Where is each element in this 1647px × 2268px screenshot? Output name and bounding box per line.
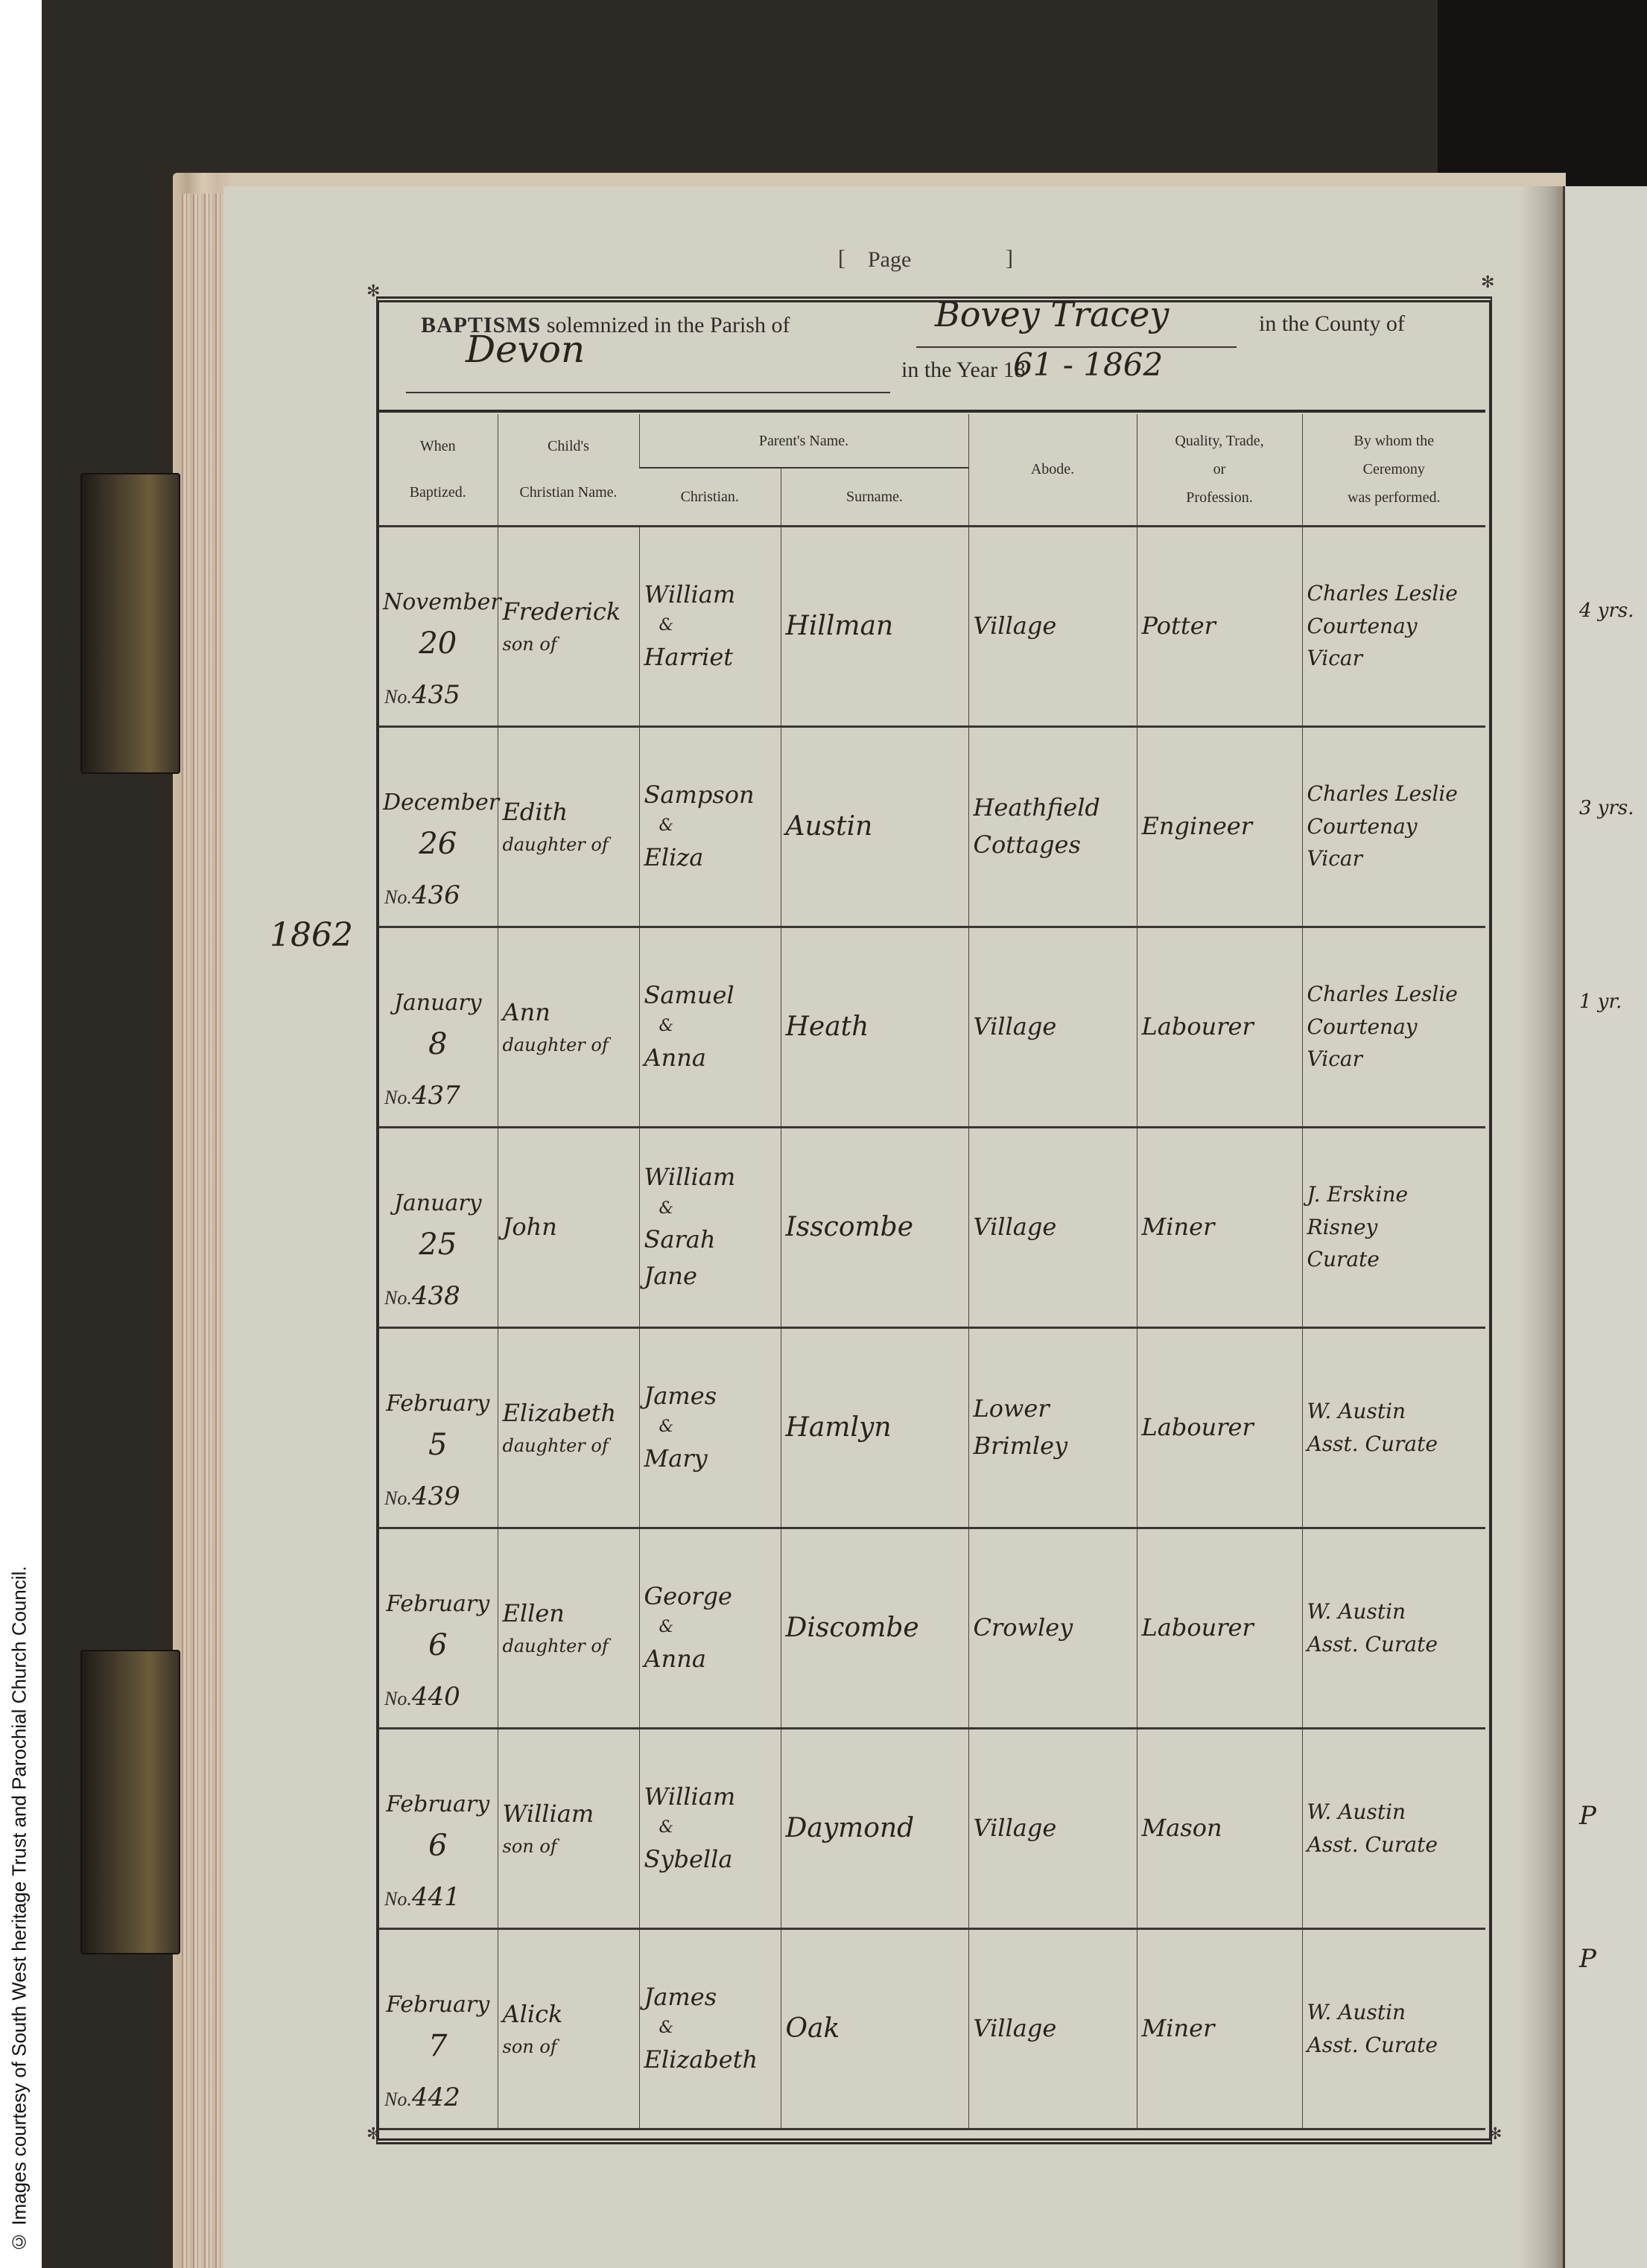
entry-no-label: No.: [384, 1888, 412, 1910]
right-page-note: 4 yrs.: [1579, 600, 1634, 622]
cell-trade: Miner: [1137, 1127, 1302, 1327]
mother-name: Elizabeth: [644, 2042, 776, 2079]
child-name: John: [503, 1209, 635, 1246]
cell-officiant: W. AustinAsst. Curate: [1302, 1728, 1485, 1928]
entry-no-label: No.: [384, 1287, 412, 1309]
binding-clasp-top: [80, 473, 180, 774]
entry-number: No.439: [384, 1477, 460, 1516]
parents-and: &: [644, 613, 776, 638]
cell-officiant: J. ErskineRisneyCurate: [1302, 1127, 1485, 1327]
mother-name: Sarah Jane: [644, 1222, 776, 1295]
cell-surname: Daymond: [781, 1728, 968, 1928]
cell-parents-christian: Samuel&Anna: [639, 927, 781, 1127]
col-when: When: [379, 432, 497, 460]
entry-no-value: 435: [412, 680, 460, 710]
father-name: Samuel: [644, 977, 776, 1014]
cell-trade: Miner: [1137, 1928, 1302, 2129]
entry-no-label: No.: [384, 1487, 412, 1509]
officiant-line-2: Courtenay: [1307, 810, 1482, 842]
abode: Village: [974, 1008, 1132, 1046]
entry-number: No.440: [384, 1677, 460, 1717]
baptism-month: January: [383, 986, 493, 1021]
cell-parents-christian: Sampson&Eliza: [639, 726, 781, 927]
abode: Heathfield: [974, 790, 1132, 827]
cell-abode: Crowley: [968, 1528, 1137, 1728]
baptism-day: 7: [383, 2023, 493, 2069]
entry-no-value: 436: [412, 880, 460, 910]
child-relation: daughter of: [503, 1432, 635, 1460]
father-name: George: [644, 1578, 776, 1616]
cell-when-baptized: January8No.437: [378, 927, 498, 1127]
entry-no-value: 438: [412, 1281, 460, 1311]
child-relation: daughter of: [503, 831, 635, 859]
county-value: Devon: [466, 328, 585, 371]
col-childs-name: Child's Christian Name.: [498, 414, 639, 526]
officiant-line-1: Charles Leslie: [1307, 978, 1482, 1010]
child-name: Frederick: [503, 594, 635, 631]
father-name: James: [644, 1378, 776, 1415]
col-when-baptized: When Baptized.: [378, 414, 498, 526]
officiant-line-2: Courtenay: [1307, 1011, 1482, 1043]
parents-and: &: [644, 1196, 776, 1222]
child-name: Alick: [503, 1996, 635, 2033]
entry-number: No.442: [384, 2078, 460, 2118]
cell-abode: HeathfieldCottages: [968, 726, 1137, 927]
col-by-whom: By whom the Ceremony was performed.: [1302, 414, 1485, 526]
col-abode: Abode.: [968, 414, 1137, 526]
trade: Engineer: [1142, 808, 1298, 845]
cell-surname: Discombe: [781, 1528, 968, 1728]
entry-no-value: 441: [412, 1882, 460, 1912]
col-by-whom-2: Ceremony: [1304, 455, 1485, 483]
table-row: February6No.441Williamson ofWilliam&Sybe…: [378, 1728, 1485, 1928]
book-spine-shadow: [1438, 0, 1647, 194]
surname: Heath: [786, 1006, 964, 1048]
abode: Crowley: [974, 1610, 1132, 1647]
baptism-day: 5: [383, 1422, 493, 1468]
baptism-month: February: [383, 1788, 493, 1823]
cell-officiant: W. AustinAsst. Curate: [1302, 1327, 1485, 1528]
mother-name: Anna: [644, 1040, 776, 1077]
cell-abode: Village: [968, 1928, 1137, 2129]
officiant-line-2: Asst. Curate: [1307, 1829, 1482, 1861]
baptism-month: December: [383, 786, 493, 821]
officiant-line-2: Asst. Curate: [1307, 1428, 1482, 1460]
cell-officiant: W. AustinAsst. Curate: [1302, 1928, 1485, 2129]
cell-abode: Village: [968, 1127, 1137, 1327]
trade: Labourer: [1142, 1008, 1298, 1046]
father-name: William: [644, 576, 776, 614]
entry-number: No.438: [384, 1277, 460, 1316]
cell-abode: Village: [968, 1728, 1137, 1928]
page-number-header: [ Page ]: [838, 246, 1024, 283]
parents-and: &: [644, 813, 776, 839]
bracket-open: [: [838, 246, 845, 271]
baptism-month: February: [383, 1988, 493, 2023]
abode: Village: [974, 1209, 1132, 1246]
year-value: 61 - 1862: [1013, 346, 1163, 383]
officiant-line-3: Vicar: [1307, 1043, 1482, 1075]
baptism-month: January: [383, 1187, 493, 1222]
right-page-note: 3 yrs.: [1579, 797, 1634, 819]
officiant-line-2: Courtenay: [1307, 610, 1482, 642]
child-relation: daughter of: [503, 1032, 635, 1059]
col-by-whom-3: was performed.: [1304, 483, 1485, 512]
cell-parents-christian: George&Anna: [639, 1528, 781, 1728]
mother-name: Sybella: [644, 1841, 776, 1878]
father-name: William: [644, 1159, 776, 1196]
col-quality-1: Quality, Trade,: [1138, 427, 1301, 455]
surname: Discombe: [786, 1607, 964, 1649]
right-page-note: P: [1579, 1944, 1596, 1974]
table-row: February5No.439Elizabethdaughter ofJames…: [378, 1327, 1485, 1528]
mother-name: Mary: [644, 1440, 776, 1478]
col-childs: Child's: [499, 432, 638, 460]
trade: Labourer: [1142, 1610, 1298, 1647]
officiant-line-2: Asst. Curate: [1307, 2029, 1482, 2061]
cell-parents-christian: William&Sarah Jane: [639, 1127, 781, 1327]
entry-no-value: 439: [412, 1481, 460, 1511]
abode-line-2: Cottages: [974, 827, 1132, 864]
abode: Lower Brimley: [974, 1391, 1132, 1464]
table-row: November20No.435Frederickson ofWilliam&H…: [378, 526, 1485, 726]
binding-clasp-bottom: [80, 1650, 180, 1954]
officiant-line-2: Risney: [1307, 1211, 1482, 1243]
entry-no-label: No.: [384, 1087, 412, 1108]
officiant-line-3: Vicar: [1307, 842, 1482, 874]
page-edges: [179, 194, 223, 2268]
col-quality: Quality, Trade, or Profession.: [1137, 414, 1302, 526]
baptism-day: 6: [383, 1823, 493, 1869]
year-label: in the Year 18: [901, 358, 1026, 383]
officiant-line-1: Charles Leslie: [1307, 778, 1482, 810]
father-name: William: [644, 1779, 776, 1816]
baptism-day: 26: [383, 821, 493, 867]
child-relation: son of: [503, 631, 635, 658]
page-label: Page: [868, 247, 911, 273]
child-name: Ann: [503, 994, 635, 1032]
cell-trade: Labourer: [1137, 927, 1302, 1127]
parents-and: &: [644, 1014, 776, 1039]
baptism-month: February: [383, 1587, 493, 1622]
parents-and: &: [644, 1815, 776, 1840]
cell-when-baptized: February6No.441: [378, 1728, 498, 1928]
child-relation: son of: [503, 1833, 635, 1861]
cell-surname: Austin: [781, 726, 968, 927]
cell-trade: Engineer: [1137, 726, 1302, 927]
baptism-day: 8: [383, 1021, 493, 1067]
cell-surname: Oak: [781, 1928, 968, 2129]
abode: Village: [974, 1810, 1132, 1847]
bracket-close: ]: [1006, 246, 1013, 271]
child-name: Elizabeth: [503, 1395, 635, 1432]
gutter-shadow: [1520, 186, 1563, 2268]
surname: Oak: [786, 2008, 964, 2050]
col-christian-name: Christian Name.: [499, 478, 638, 506]
child-name: William: [503, 1796, 635, 1833]
entry-number: No.437: [384, 1076, 460, 1116]
trade: Labourer: [1142, 1409, 1298, 1446]
entry-no-value: 437: [412, 1081, 460, 1111]
cell-child-name: Alickson of: [498, 1928, 639, 2129]
cell-child-name: John: [498, 1127, 639, 1327]
officiant-line-1: J. Erskine: [1307, 1178, 1482, 1210]
copyright-notice: © Images courtesy of South West heritage…: [3, 1374, 36, 2253]
baptism-month: February: [383, 1387, 493, 1422]
cell-officiant: Charles LeslieCourtenayVicar: [1302, 526, 1485, 726]
col-baptized: Baptized.: [379, 478, 497, 506]
col-quality-2: or: [1138, 455, 1301, 483]
right-page-note: 1 yr.: [1579, 991, 1622, 1013]
ornament-star-icon: ✻: [1481, 273, 1494, 292]
entry-number: No.441: [384, 1878, 460, 1917]
father-name: James: [644, 1979, 776, 2016]
officiant-line-3: Curate: [1307, 1243, 1482, 1275]
officiant-line-1: W. Austin: [1307, 1796, 1482, 1828]
cell-surname: Hamlyn: [781, 1327, 968, 1528]
col-by-whom-1: By whom the: [1304, 427, 1485, 455]
cell-abode: Lower Brimley: [968, 1327, 1137, 1528]
cell-surname: Hillman: [781, 526, 968, 726]
baptism-day: 25: [383, 1222, 493, 1268]
cell-when-baptized: February6No.440: [378, 1528, 498, 1728]
table-row: February7No.442Alickson ofJames&Elizabet…: [378, 1928, 1485, 2129]
col-parent-christian: Christian.: [639, 468, 781, 526]
table-row: January8No.437Anndaughter ofSamuel&AnnaH…: [378, 927, 1485, 1127]
county-label: in the County of: [1259, 311, 1405, 337]
child-relation: daughter of: [503, 1633, 635, 1660]
baptism-day: 6: [383, 1622, 493, 1668]
cell-trade: Labourer: [1137, 1327, 1302, 1528]
trade: Mason: [1142, 1810, 1298, 1847]
header-rule: [378, 410, 1485, 413]
entry-no-value: 442: [412, 2083, 460, 2112]
surname: Austin: [786, 806, 964, 848]
cell-parents-christian: James&Mary: [639, 1327, 781, 1528]
entry-no-label: No.: [384, 686, 412, 708]
entry-number: No.436: [384, 876, 460, 915]
trade: Potter: [1142, 608, 1298, 645]
cell-child-name: Edithdaughter of: [498, 726, 639, 927]
baptism-register-table: When Baptized. Child's Christian Name. P…: [378, 414, 1485, 2130]
cell-surname: Heath: [781, 927, 968, 1127]
entry-no-label: No.: [384, 886, 412, 908]
parents-and: &: [644, 1615, 776, 1640]
trade: Miner: [1142, 2010, 1298, 2048]
parents-and: &: [644, 1414, 776, 1440]
cell-parents-christian: William&Sybella: [639, 1728, 781, 1928]
parish-value: Bovey Tracey: [935, 294, 1169, 334]
col-parent-surname: Surname.: [781, 468, 968, 526]
officiant-line-1: W. Austin: [1307, 1395, 1482, 1427]
cell-abode: Village: [968, 526, 1137, 726]
entry-no-value: 440: [412, 1682, 460, 1712]
cell-when-baptized: November20No.435: [378, 526, 498, 726]
mother-name: Eliza: [644, 839, 776, 877]
cell-child-name: Anndaughter of: [498, 927, 639, 1127]
father-name: Sampson: [644, 777, 776, 814]
right-page-note: P: [1579, 1801, 1596, 1831]
trade: Miner: [1142, 1209, 1298, 1246]
baptism-day: 20: [383, 620, 493, 667]
cell-trade: Labourer: [1137, 1528, 1302, 1728]
col-quality-3: Profession.: [1138, 483, 1301, 512]
child-name: Edith: [503, 794, 635, 831]
cell-child-name: Elizabethdaughter of: [498, 1327, 639, 1528]
facing-page: [1563, 186, 1647, 2268]
entry-number: No.435: [384, 676, 460, 715]
entry-no-label: No.: [384, 1688, 412, 1709]
cell-abode: Village: [968, 927, 1137, 1127]
officiant-line-3: Vicar: [1307, 642, 1482, 674]
cell-when-baptized: January25No.438: [378, 1127, 498, 1327]
county-underline: [406, 392, 890, 393]
mother-name: Harriet: [644, 639, 776, 676]
surname: Hillman: [786, 606, 964, 647]
cell-when-baptized: February5No.439: [378, 1327, 498, 1528]
entry-no-label: No.: [384, 2088, 412, 2110]
child-name: Ellen: [503, 1595, 635, 1633]
cell-child-name: Ellendaughter of: [498, 1528, 639, 1728]
cell-surname: Isscombe: [781, 1127, 968, 1327]
cell-officiant: Charles LeslieCourtenayVicar: [1302, 927, 1485, 1127]
baptism-month: November: [383, 585, 493, 620]
table-row: February6No.440Ellendaughter ofGeorge&An…: [378, 1528, 1485, 1728]
cell-officiant: Charles LeslieCourtenayVicar: [1302, 726, 1485, 927]
table-row: December26No.436Edithdaughter ofSampson&…: [378, 726, 1485, 927]
cell-when-baptized: February7No.442: [378, 1928, 498, 2129]
surname: Daymond: [786, 1808, 964, 1849]
child-relation: son of: [503, 2033, 635, 2061]
col-parents-name: Parent's Name.: [639, 414, 968, 468]
officiant-line-1: W. Austin: [1307, 1595, 1482, 1627]
abode: Village: [974, 2010, 1132, 2048]
surname: Isscombe: [786, 1207, 964, 1248]
cell-parents-christian: William&Harriet: [639, 526, 781, 726]
margin-year-note: 1862: [270, 916, 353, 954]
cell-when-baptized: December26No.436: [378, 726, 498, 927]
cell-trade: Potter: [1137, 526, 1302, 726]
cell-child-name: Williamson of: [498, 1728, 639, 1928]
officiant-line-2: Asst. Curate: [1307, 1628, 1482, 1660]
officiant-line-1: W. Austin: [1307, 1996, 1482, 2028]
officiant-line-1: Charles Leslie: [1307, 577, 1482, 609]
cell-trade: Mason: [1137, 1728, 1302, 1928]
cell-parents-christian: James&Elizabeth: [639, 1928, 781, 2129]
table-row: January25No.438JohnWilliam&Sarah JaneIss…: [378, 1127, 1485, 1327]
parents-and: &: [644, 2016, 776, 2041]
mother-name: Anna: [644, 1641, 776, 1678]
surname: Hamlyn: [786, 1407, 964, 1449]
abode: Village: [974, 608, 1132, 645]
cell-officiant: W. AustinAsst. Curate: [1302, 1528, 1485, 1728]
cell-child-name: Frederickson of: [498, 526, 639, 726]
